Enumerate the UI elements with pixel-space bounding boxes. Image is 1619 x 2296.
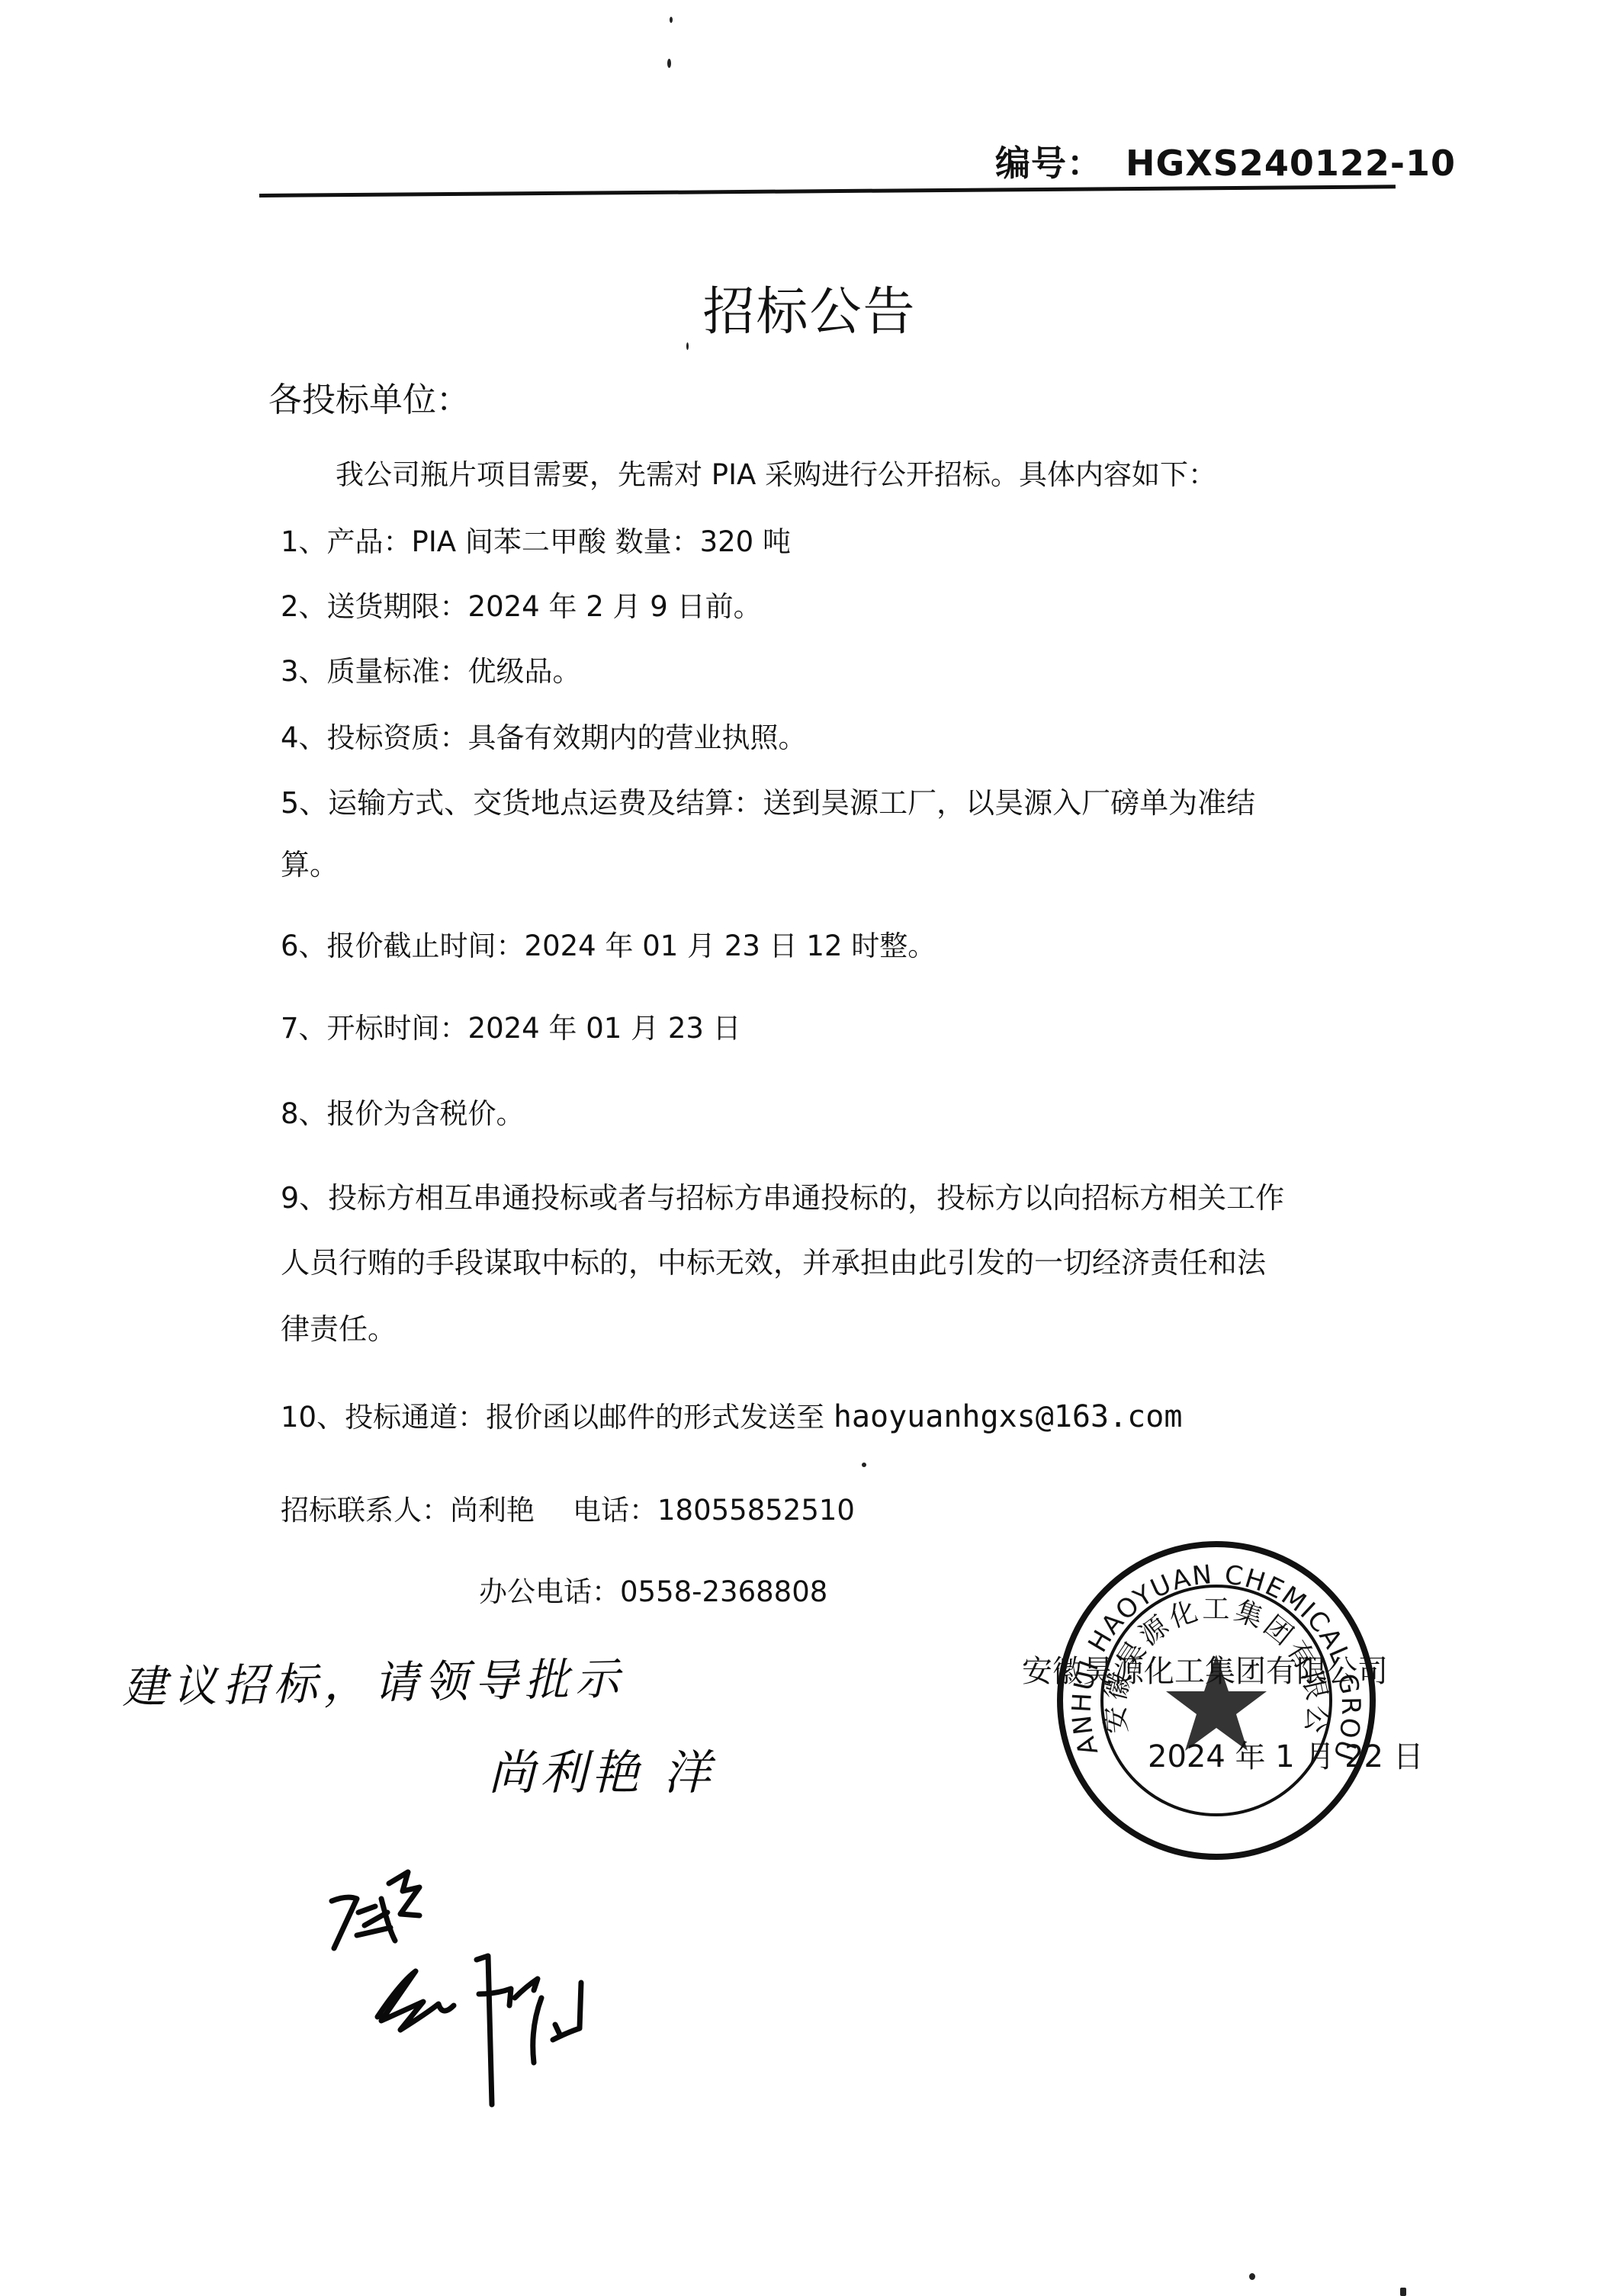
document-number: 编号：HGXS240122-10 <box>995 136 1456 186</box>
item-10-text: 10、投标通道：报价函以邮件的形式发送至 <box>281 1401 834 1434</box>
item-3-quality-standard: 3、质量标准：优级品。 <box>281 648 581 689</box>
bid-email-link[interactable]: haoyuanhgxs@163.com <box>834 1399 1183 1434</box>
intro-paragraph: 我公司瓶片项目需要，先需对 PIA 采购进行公开招标。具体内容如下： <box>336 451 1216 493</box>
contact-label: 招标联系人： <box>281 1494 450 1527</box>
company-seal-icon: ANHUI HAOYUAN CHEMICAL GROUP CO.,LTD. 安徽… <box>1049 1533 1384 1868</box>
salutation: 各投标单位： <box>268 372 470 421</box>
item-6-quote-deadline: 6、报价截止时间：2024 年 01 月 23 日 12 时整。 <box>281 923 936 964</box>
item-4-qualification: 4、投标资质：具备有效期内的营业执照。 <box>281 714 807 756</box>
handwritten-recommendation: 建议招标，请领导批示 <box>121 1643 625 1716</box>
item-9-continuation-2: 律责任。 <box>281 1305 397 1347</box>
item-8-tax-inclusive: 8、报价为含税价。 <box>281 1090 525 1132</box>
approval-signature-icon <box>267 1830 724 2173</box>
contact-phone-label: 电话： <box>573 1494 657 1527</box>
contact-phone: 18055852510 <box>657 1494 855 1527</box>
document-number-value: HGXS240122-10 <box>1126 143 1456 184</box>
scan-speck <box>670 17 673 23</box>
issuer-company: 安徽昊源化工集团有限公司 <box>1022 1647 1388 1691</box>
office-phone-line: 办公电话：0558-2368808 <box>479 1569 827 1610</box>
item-9-continuation: 人员行贿的手段谋取中标的，中标无效，并承担由此引发的一切经济责任和法 <box>281 1239 1266 1281</box>
contact-line: 招标联系人：尚利艳电话：18055852510 <box>281 1487 855 1528</box>
handwritten-note-signature: 尚利艳 洋 <box>488 1735 715 1803</box>
issuer-date: 2024 年 1 月 22 日 <box>1148 1732 1424 1776</box>
item-10-bid-channel: 10、投标通道：报价函以邮件的形式发送至 haoyuanhgxs@163.com <box>281 1394 1182 1435</box>
scan-speck <box>1400 2288 1406 2296</box>
scan-speck <box>667 59 671 68</box>
item-2-delivery-deadline: 2、送货期限：2024 年 2 月 9 日前。 <box>281 583 762 625</box>
office-phone: 0558-2368808 <box>620 1575 827 1608</box>
item-9-collusion-clause: 9、投标方相互串通投标或者与招标方串通投标的，投标方以向招标方相关工作 <box>281 1174 1284 1216</box>
document-number-label: 编号： <box>995 143 1103 184</box>
item-5-transport-settlement: 5、运输方式、交货地点运费及结算：送到昊源工厂，以昊源入厂磅单为准结 <box>281 779 1255 821</box>
page-title: 招标公告 <box>0 271 1619 345</box>
office-phone-label: 办公电话： <box>479 1575 620 1608</box>
item-5-continuation: 算。 <box>281 841 339 883</box>
header-rule <box>259 185 1396 197</box>
item-1-product: 1、产品：PIA 间苯二甲酸 数量：320 吨 <box>281 519 791 560</box>
contact-name: 尚利艳 <box>450 1494 535 1527</box>
scan-speck <box>1249 2273 1255 2280</box>
scan-speck <box>862 1463 866 1467</box>
item-7-bid-opening: 7、开标时间：2024 年 01 月 23 日 <box>281 1005 741 1046</box>
scan-speck <box>686 342 689 350</box>
